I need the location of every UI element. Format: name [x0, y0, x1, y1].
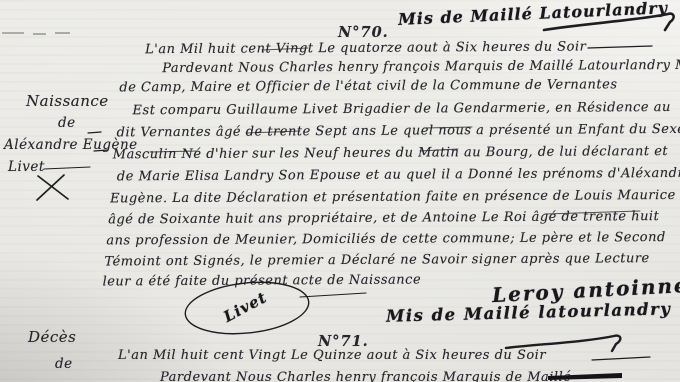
act-line: L'an Mil huit cent Vingt Le Quinze aout …	[118, 349, 546, 362]
act-71-text: L'an Mil huit cent Vingt Le Quinze aout …	[0, 0, 680, 382]
act-line: Pardevant Nous Charles henry françois Ma…	[160, 371, 571, 382]
registry-scan-page: Mis de Maillé Latourlandry N°70. Naissan…	[0, 0, 680, 382]
